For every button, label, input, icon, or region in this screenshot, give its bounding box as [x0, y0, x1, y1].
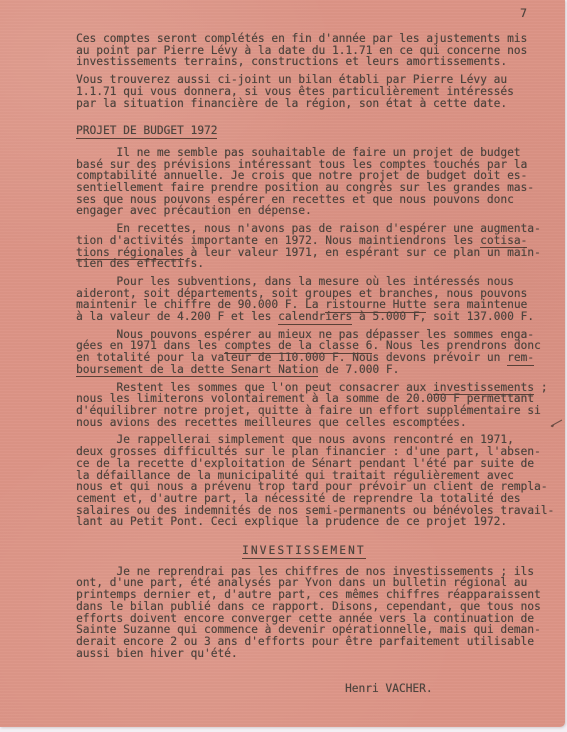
paragraph: Restent les sommes que l'on peut consacr…	[76, 382, 554, 429]
paragraph: Nous pouvons espérer au mieux ne pas dép…	[76, 329, 554, 376]
text-line: investissements terrains, constructions …	[76, 56, 554, 68]
scanned-page: 7 Ces comptes seront complétés en fin d'…	[0, 0, 565, 727]
paragraph: Ces comptes seront complétés en fin d'an…	[76, 33, 554, 68]
text-line: boursement de la dette Senart Nation de …	[76, 364, 554, 376]
text-line: tien des effectifs.	[76, 258, 554, 270]
page-number: 7	[520, 7, 527, 20]
text-line: INVESTISSEMENT	[242, 545, 554, 557]
section-heading: PROJET DE BUDGET 1972	[76, 125, 554, 137]
pen-mark-artifact	[550, 417, 564, 429]
text-line: lant au Petit Pont. Ceci explique la pru…	[76, 516, 554, 528]
text-line: nous avions des recettes meilleures que …	[76, 417, 554, 429]
text-line: par la situation financière de la région…	[76, 98, 554, 110]
text-line: engager avec précaution en dépense.	[76, 205, 554, 217]
document-body: Ces comptes seront complétés en fin d'an…	[76, 33, 554, 665]
section-heading: INVESTISSEMENT	[242, 545, 554, 557]
paragraph: Je ne reprendrai pas les chiffres de nos…	[76, 566, 554, 660]
paragraph: Vous trouverez aussi ci-joint un bilan é…	[76, 74, 554, 109]
text-line: aussi bien hiver qu'été.	[76, 648, 554, 660]
paragraph: En recettes, nous n'avons pas de raison …	[76, 223, 554, 270]
paragraph: Pour les subventions, dans la mesure où …	[76, 276, 554, 323]
signature: Henri VACHER.	[345, 683, 433, 695]
text-line: à la valeur de 4.200 F et les calendrier…	[76, 311, 554, 323]
paragraph: Il ne me semble pas souhaitable de faire…	[76, 147, 554, 217]
paragraph: Je rappellerai simplement que nous avons…	[76, 434, 554, 528]
text-line: PROJET DE BUDGET 1972	[76, 125, 554, 137]
